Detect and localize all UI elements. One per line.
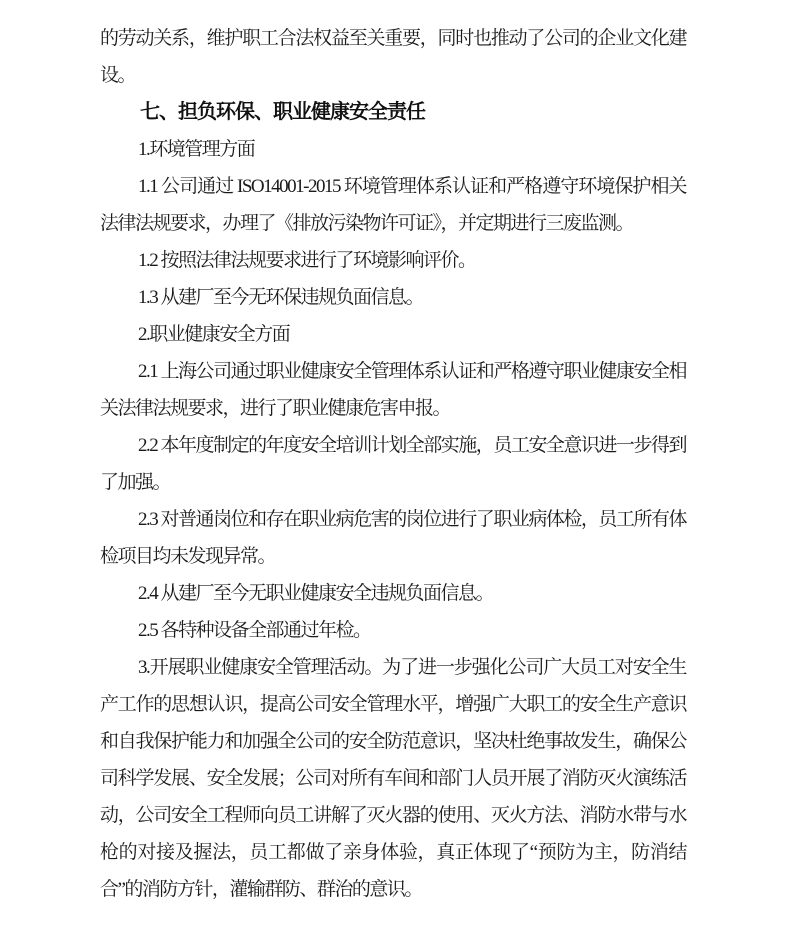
paragraph-2-5-special-equipment-inspection: 2.5 各特种设备全部通过年检。 bbox=[100, 612, 686, 649]
paragraph-1-1-iso14001-certification: 1.1 公司通过 ISO14001-2015 环境管理体系认证和严格遵守环境保护… bbox=[100, 168, 686, 242]
paragraph-2-4-no-ohs-violations: 2.4 从建厂至今无职业健康安全违规负面信息。 bbox=[100, 575, 686, 612]
paragraph-1-environment-management: 1.环境管理方面 bbox=[100, 131, 686, 168]
document-page: 的劳动关系，维护职工合法权益至关重要，同时也推动了公司的企业文化建设。 七、担负… bbox=[0, 0, 786, 927]
paragraph-1-2-environmental-impact-assessment: 1.2 按照法律法规要求进行了环境影响评价。 bbox=[100, 242, 686, 279]
paragraph-labor-relations-continuation: 的劳动关系，维护职工合法权益至关重要，同时也推动了公司的企业文化建设。 bbox=[100, 20, 686, 94]
paragraph-1-3-no-environmental-violations: 1.3 从建厂至今无环保违规负面信息。 bbox=[100, 279, 686, 316]
paragraph-3-ohs-management-activities: 3.开展职业健康安全管理活动。为了进一步强化公司广大员工对安全生产工作的思想认识… bbox=[100, 649, 686, 908]
paragraph-2-2-safety-training-plan: 2.2 本年度制定的年度安全培训计划全部实施，员工安全意识进一步得到了加强。 bbox=[100, 427, 686, 501]
section-heading-environment-safety-responsibility: 七、担负环保、职业健康安全责任 bbox=[100, 94, 686, 131]
paragraph-2-3-occupational-disease-checkup: 2.3 对普通岗位和存在职业病危害的岗位进行了职业病体检，员工所有体检项目均未发… bbox=[100, 501, 686, 575]
paragraph-2-occupational-health-safety: 2.职业健康安全方面 bbox=[100, 316, 686, 353]
paragraph-2-1-ohs-certification: 2.1 上海公司通过职业健康安全管理体系认证和严格遵守职业健康安全相关法律法规要… bbox=[100, 353, 686, 427]
